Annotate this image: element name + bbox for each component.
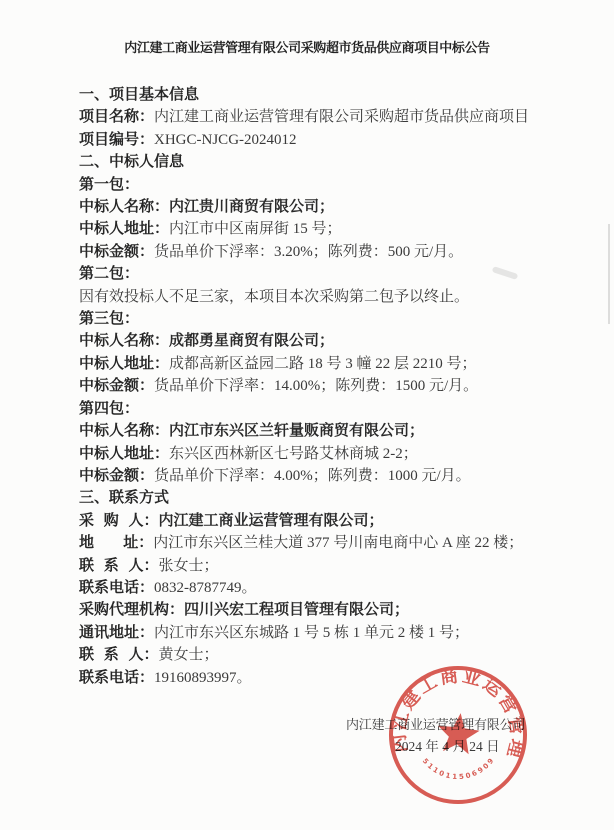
field-label: 中标金额： — [79, 244, 154, 260]
field-label: 联系电话： — [79, 670, 154, 686]
field-value: 黄女士； — [159, 647, 219, 663]
field-label: 中标金额： — [79, 378, 154, 394]
company-seal: 内江建工商业运营管理有限公司 5110115069099 — [380, 657, 536, 813]
field-line-agency-address: 通讯地址：内江市东兴区东城路 1 号 5 栋 1 单元 2 楼 1 号； — [79, 622, 578, 644]
field-line-winner-address-3: 中标人地址：成都高新区益园二路 18 号 3 幢 22 层 2210 号； — [79, 353, 578, 375]
seal-ring-text-holder: 内江建工商业运营管理有限公司 — [380, 657, 536, 770]
field-line-winner-amount-4: 中标金额：货品单价下浮率：4.00%；陈列费：1000 元/月。 — [79, 465, 578, 487]
field-value: 内江建工商业运营管理有限公司采购超市货品供应商项目 — [154, 109, 529, 125]
field-value: 0832-8787749。 — [154, 580, 257, 596]
field-label: 中标人地址： — [79, 221, 169, 237]
field-line-purchaser-contact: 联 系 人：张女士； — [79, 555, 578, 577]
package-3-heading: 第三包： — [79, 308, 578, 330]
section-heading-3: 三、联系方式 — [79, 487, 578, 509]
field-label: 中标人名称： — [79, 199, 169, 215]
field-label: 通讯地址： — [79, 625, 154, 641]
field-line-agency: 采购代理机构：四川兴宏工程项目管理有限公司； — [79, 599, 578, 621]
field-label: 中标金额： — [79, 468, 154, 484]
package-4-heading: 第四包： — [79, 398, 578, 420]
field-line-winner-address-4: 中标人地址：东兴区西林新区七号路艾林商城 2-2； — [79, 443, 578, 465]
field-value: 内江市东兴区兰桂大道 377 号川南电商中心 A 座 22 楼； — [153, 535, 523, 551]
field-line-purchaser: 采 购 人：内江建工商业运营管理有限公司； — [79, 510, 578, 532]
field-line-winner-address-1: 中标人地址：内江市中区南屏街 15 号； — [79, 218, 578, 240]
field-value: 内江市东兴区东城路 1 号 5 栋 1 单元 2 楼 1 号； — [154, 625, 469, 641]
field-value: 成都高新区益园二路 18 号 3 幢 22 层 2210 号； — [169, 356, 477, 372]
field-value: 货品单价下浮率：14.00%；陈列费：1500 元/月。 — [154, 378, 478, 394]
package-2-termination-note: 因有效投标人不足三家，本项目本次采购第二包予以终止。 — [79, 286, 578, 308]
field-line-winner-amount-3: 中标金额：货品单价下浮率：14.00%；陈列费：1500 元/月。 — [79, 375, 578, 397]
section-heading-1: 一、项目基本信息 — [79, 84, 578, 106]
document-body: 一、项目基本信息 项目名称：内江建工商业运营管理有限公司采购超市货品供应商项目 … — [79, 84, 578, 689]
field-line-purchaser-address: 地 址：内江市东兴区兰桂大道 377 号川南电商中心 A 座 22 楼； — [79, 532, 578, 554]
field-value: 东兴区西林新区七号路艾林商城 2-2； — [169, 446, 418, 462]
field-label: 联 系 人： — [79, 558, 159, 574]
field-label: 中标人地址： — [79, 356, 169, 372]
field-value: 内江市中区南屏街 15 号； — [169, 221, 342, 237]
field-label: 项目名称： — [79, 109, 154, 125]
field-line-project-number: 项目编号：XHGC-NJCG-2024012 — [79, 129, 578, 151]
field-value: 货品单价下浮率：4.00%；陈列费：1000 元/月。 — [154, 468, 471, 484]
field-value: 内江市东兴区兰轩量贩商贸有限公司； — [169, 423, 424, 439]
field-value: 内江建工商业运营管理有限公司； — [159, 513, 384, 529]
field-value: 四川兴宏工程项目管理有限公司； — [184, 602, 409, 618]
field-label: 地 址： — [79, 535, 153, 551]
package-1-heading: 第一包： — [79, 174, 578, 196]
field-label: 采 购 人： — [79, 513, 159, 529]
field-label: 中标人名称： — [79, 423, 169, 439]
field-label: 联 系 人： — [79, 647, 159, 663]
field-line-purchaser-phone: 联系电话：0832-8787749。 — [79, 577, 578, 599]
field-line-agency-contact: 联 系 人：黄女士； — [79, 644, 578, 666]
field-label: 中标人地址： — [79, 446, 169, 462]
field-line-winner-name-4: 中标人名称：内江市东兴区兰轩量贩商贸有限公司； — [79, 420, 578, 442]
document-title: 内江建工商业运营管理有限公司采购超市货品供应商项目中标公告 — [0, 40, 614, 56]
field-label: 中标人名称： — [79, 333, 169, 349]
scan-artifact-edge-line — [608, 224, 610, 324]
field-line-project-name: 项目名称：内江建工商业运营管理有限公司采购超市货品供应商项目 — [79, 106, 578, 128]
field-value: XHGC-NJCG-2024012 — [154, 132, 297, 148]
field-value: 19160893997。 — [154, 670, 252, 686]
section-heading-2: 二、中标人信息 — [79, 151, 578, 173]
seal-ring-text: 内江建工商业运营管理有限公司 — [380, 657, 536, 770]
field-line-winner-amount-1: 中标金额：货品单价下浮率：3.20%；陈列费：500 元/月。 — [79, 241, 578, 263]
seal-star-icon — [435, 711, 481, 756]
field-value: 内江贵川商贸有限公司； — [169, 199, 334, 215]
field-label: 采购代理机构： — [79, 602, 184, 618]
field-line-winner-name-1: 中标人名称：内江贵川商贸有限公司； — [79, 196, 578, 218]
field-line-winner-name-3: 中标人名称：成都勇星商贸有限公司； — [79, 330, 578, 352]
field-value: 张女士； — [159, 558, 219, 574]
field-value: 成都勇星商贸有限公司； — [169, 333, 334, 349]
scanned-document-page: 内江建工商业运营管理有限公司采购超市货品供应商项目中标公告 一、项目基本信息 项… — [0, 0, 614, 830]
field-label: 项目编号： — [79, 132, 154, 148]
field-label: 联系电话： — [79, 580, 154, 596]
field-value: 货品单价下浮率：3.20%；陈列费：500 元/月。 — [154, 244, 463, 260]
